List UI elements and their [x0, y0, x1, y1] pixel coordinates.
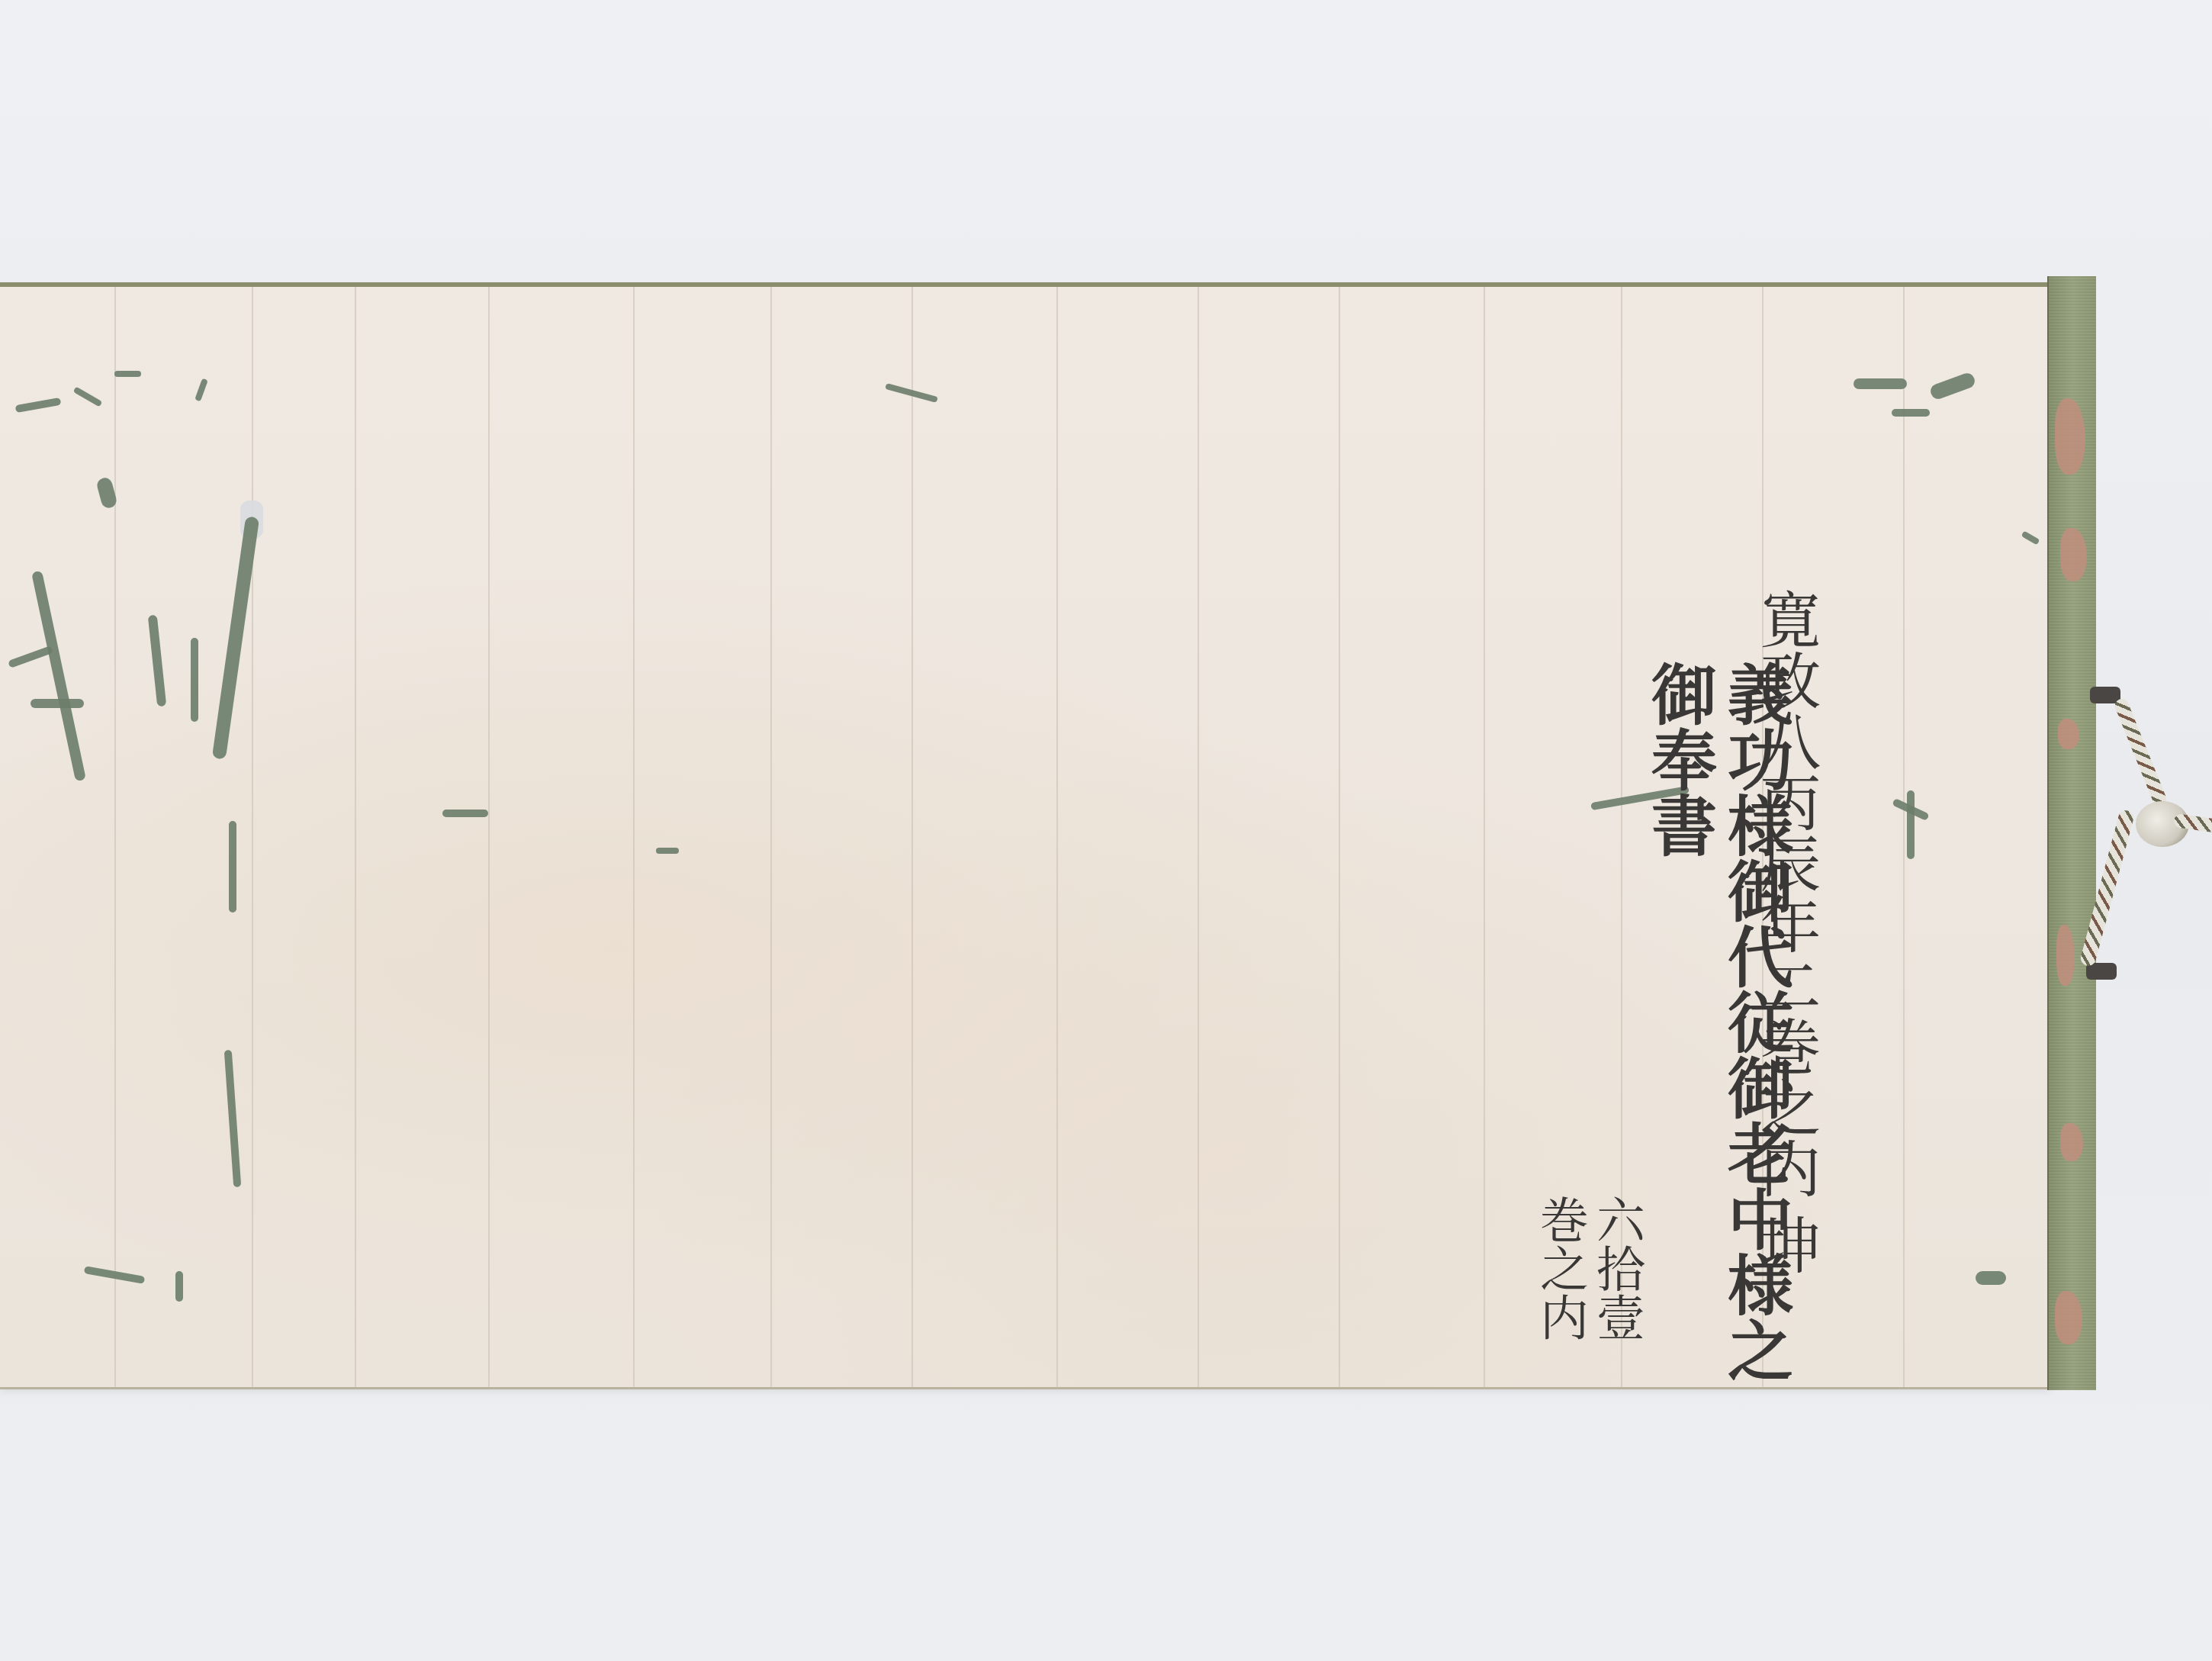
ruled-line	[488, 287, 490, 1387]
ruled-line	[355, 287, 356, 1387]
ruled-line	[1339, 287, 1340, 1387]
ruled-line	[911, 287, 913, 1387]
volume-note-text: 六拾壹巻之内	[1532, 1195, 1645, 1341]
ruled-line	[1484, 287, 1485, 1387]
wormhole-damage	[1928, 371, 1976, 401]
stain	[2060, 1123, 2083, 1161]
wormhole-damage	[195, 378, 208, 402]
wormhole-damage	[2021, 531, 2040, 546]
wormhole-damage	[175, 1271, 183, 1302]
wormhole-damage	[114, 371, 141, 377]
wormhole-damage	[8, 645, 53, 668]
silk-mounting-strip	[2047, 276, 2096, 1390]
ruled-line	[633, 287, 635, 1387]
ruled-line	[1903, 287, 1905, 1387]
stain	[2055, 1291, 2082, 1344]
ruled-line	[252, 287, 253, 1387]
stain	[2060, 528, 2087, 581]
wormhole-damage	[229, 821, 236, 913]
wormhole-damage	[656, 848, 679, 854]
main-title-text: 義功様御代従御老中様之御奉書	[1640, 661, 1793, 1383]
wormhole-damage	[1892, 409, 1930, 417]
ruled-line	[1198, 287, 1199, 1387]
wormhole-damage	[31, 699, 84, 708]
ruled-line	[1056, 287, 1058, 1387]
wormhole-damage	[191, 638, 198, 722]
wormhole-damage	[1907, 790, 1915, 859]
stain	[2055, 398, 2085, 475]
wormhole-damage	[73, 387, 103, 407]
stain	[2056, 925, 2075, 986]
wormhole-damage	[1854, 378, 1907, 389]
volume-note-column: 六拾壹巻之内	[1532, 1195, 1645, 1387]
ruled-line	[770, 287, 772, 1387]
ruled-line	[114, 287, 116, 1387]
main-title-column: 義功様御代従御老中様之御奉書	[1640, 661, 1792, 1387]
wormhole-damage	[31, 571, 86, 782]
wormhole-damage	[1976, 1271, 2006, 1285]
stain	[2058, 719, 2079, 749]
wormhole-damage	[442, 810, 488, 817]
wormhole-damage	[224, 1050, 242, 1187]
wormhole-damage	[15, 398, 62, 413]
wormhole-damage	[148, 615, 166, 707]
scroll-paper: 寛政八丙辰年二巻之内坤 義功様御代従御老中様之御奉書 六拾壹巻之内	[0, 282, 2050, 1387]
